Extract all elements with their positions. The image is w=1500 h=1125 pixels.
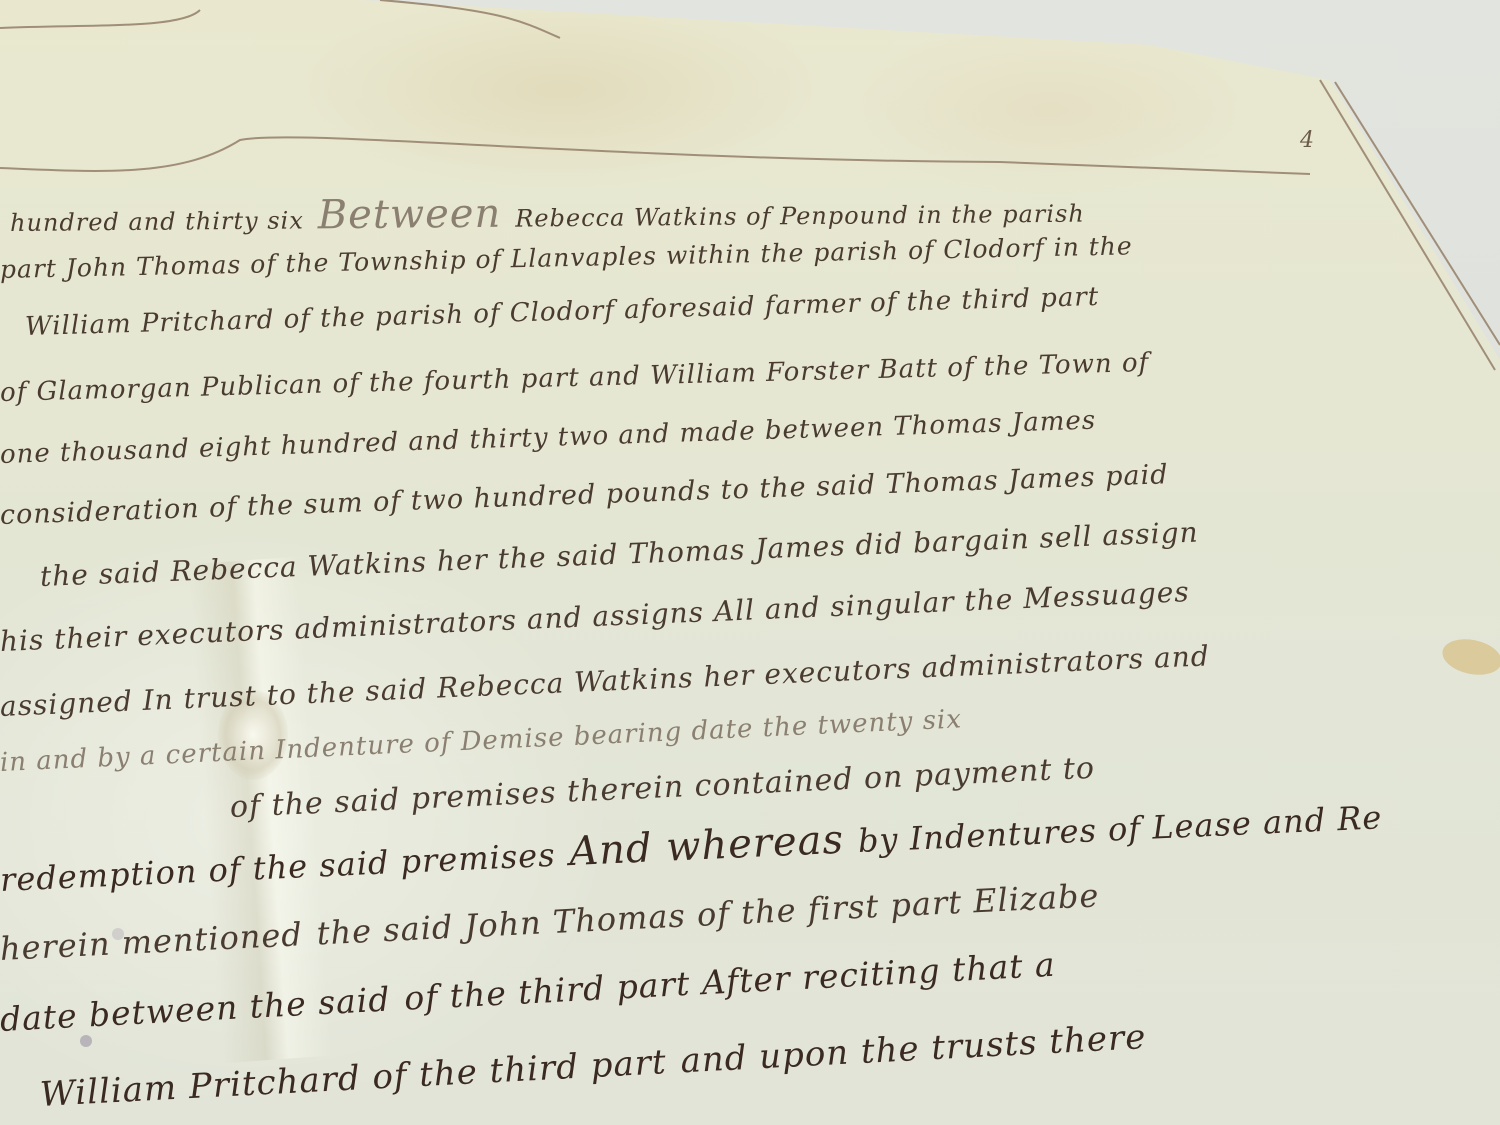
corner-mark: 4: [1300, 128, 1314, 153]
text-line: hundred and thirty sixBetweenRebecca Wat…: [10, 185, 1099, 240]
ink-spot: [80, 1035, 92, 1047]
between-heading: Between: [318, 191, 502, 239]
